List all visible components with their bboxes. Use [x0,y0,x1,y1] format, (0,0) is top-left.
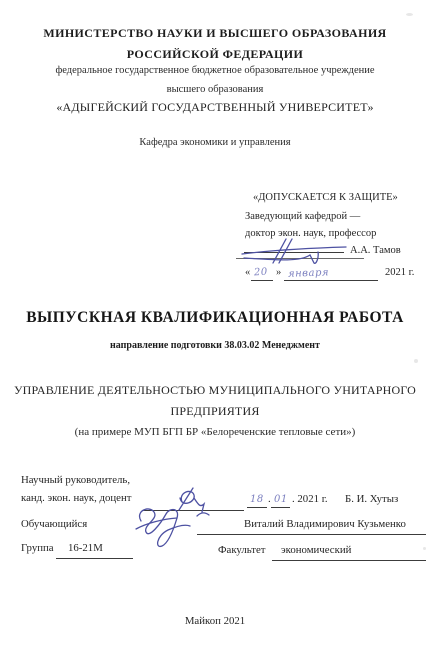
approval-date-month-handwritten: января [288,267,329,279]
supervisor-date-day-handwritten: 18 [250,494,264,505]
institution-type-line1: федеральное государственное бюджетное об… [0,65,430,76]
supervisor-date-month-underline [271,507,290,508]
head-name: А.А. Тамов [350,245,401,256]
student-name: Виталий Владимирович Кузьменко [244,518,406,530]
supervisor-date-day-underline [247,507,267,508]
university-name: «АДЫГЕЙСКИЙ ГОСУДАРСТВЕННЫЙ УНИВЕРСИТЕТ» [0,100,430,115]
student-signature-ink [133,503,217,549]
department-name: Кафедра экономики и управления [0,137,430,148]
approval-date-month-underline [284,280,378,281]
scan-artifact [406,13,413,16]
group-label: Группа [21,542,54,554]
institution-type-line2: высшего образования [0,84,430,95]
student-name-underline [197,534,426,535]
faculty-label: Факультет [218,544,265,556]
faculty-value: экономический [281,544,351,556]
work-type-title: ВЫПУСКНАЯ КВАЛИФИКАЦИОННАЯ РАБОТА [0,309,430,327]
study-program: направление подготовки 38.03.02 Менеджме… [0,340,430,351]
approval-stamp: «ДОПУСКАЕТСЯ К ЗАЩИТЕ» [253,192,398,203]
student-label: Обучающийся [21,518,87,530]
scan-artifact [423,547,426,550]
group-underline [56,558,133,559]
ministry-name-line1: МИНИСТЕРСТВО НАУКИ И ВЫСШЕГО ОБРАЗОВАНИЯ [0,26,430,41]
faculty-underline [272,560,426,561]
thesis-title-line2: ПРЕДПРИЯТИЯ [0,404,430,419]
approval-date-year: 2021 г. [385,267,414,278]
supervisor-date-year: . 2021 г. [292,493,328,505]
supervisor-date-separator: . [268,493,271,505]
supervisor-date-month-handwritten: 01 [274,494,288,505]
city-year: Майкоп 2021 [0,615,430,627]
thesis-title-page: МИНИСТЕРСТВО НАУКИ И ВЫСШЕГО ОБРАЗОВАНИЯ… [0,0,430,652]
head-position: Заведующий кафедрой — [245,211,360,222]
group-value: 16-21М [68,542,103,554]
approval-date-day-underline [251,280,273,281]
supervisor-label-line1: Научный руководитель, [21,474,130,486]
supervisor-name: Б. И. Хутыз [345,493,398,505]
thesis-title-line1: УПРАВЛЕНИЕ ДЕЯТЕЛЬНОСТЬЮ МУНИЦИПАЛЬНОГО … [0,383,430,398]
thesis-subtitle: (на примере МУП БГП БР «Белореченские те… [0,426,430,438]
approval-date-quote-close: » [276,267,281,278]
scan-artifact [414,359,418,363]
approval-date-day-handwritten: 20 [254,267,268,279]
head-signature-ink [240,238,352,264]
approval-date-quote-open: « [245,267,250,278]
supervisor-label-line2: канд. экон. наук, доцент [21,492,131,504]
ministry-name-line2: РОССИЙСКОЙ ФЕДЕРАЦИИ [0,47,430,62]
